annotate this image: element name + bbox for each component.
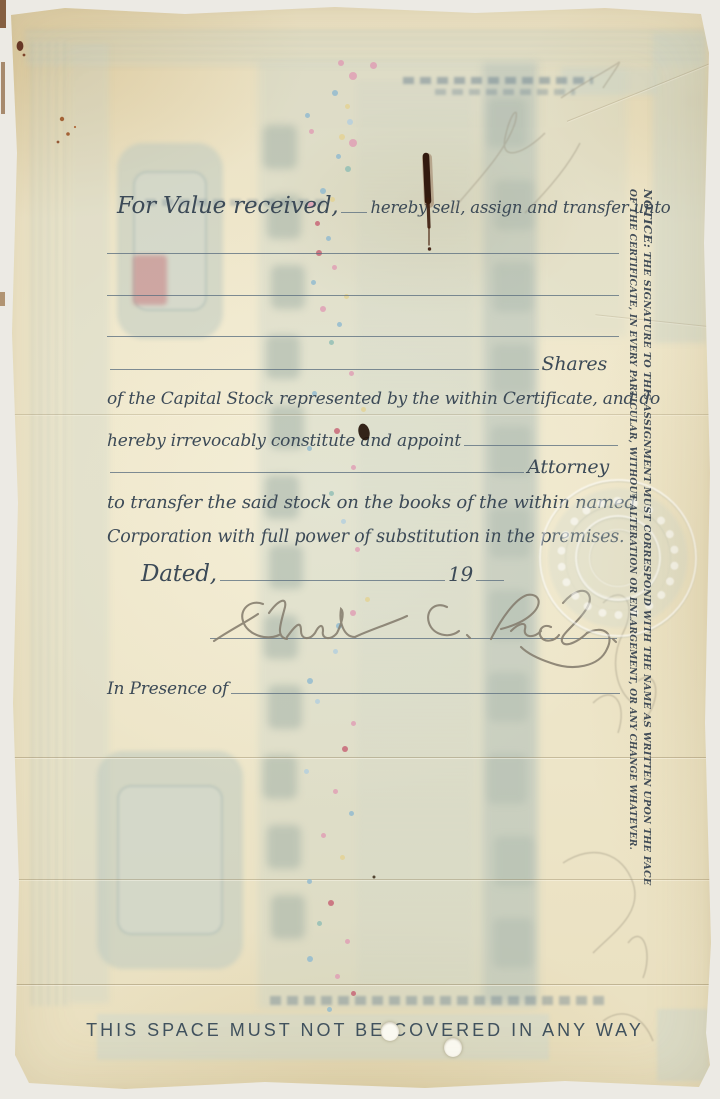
dated-label: Dated, [141,561,217,587]
confetti-dot [337,322,342,327]
confetti-dot [326,236,331,241]
showthrough-serial-number [133,255,167,305]
scan-edge-fragment [0,292,5,306]
confetti-dot [321,833,326,838]
showthrough-letter-blob [271,895,305,939]
scanned-certificate-back: For Value received, hereby sell, assign … [0,0,720,1099]
fold-crease [5,757,715,759]
confetti-dot [349,811,354,816]
date-blank [220,580,445,581]
confetti-dot [333,789,338,794]
showthrough-text-row [270,996,605,1005]
assignee-blank-line [107,253,619,254]
showthrough-medallion [97,751,243,969]
confetti-dot [317,921,322,926]
confetti-dot [304,769,309,774]
confetti-dot [332,265,337,270]
signature-line [210,638,617,639]
showthrough-medallion-inner [133,171,207,311]
notice-line1: NOTICE: THE SIGNATURE TO THIS ASSIGNMENT… [641,189,655,749]
confetti-dot [350,610,356,616]
confetti-dot [336,623,342,629]
confetti-dot [320,306,326,312]
witness-blank [231,693,620,694]
witness-label: In Presence of [107,679,228,699]
fold-crease [5,414,715,416]
showthrough-letter-blob [263,125,297,169]
corner-crease [595,314,720,330]
opening-continuation: hereby sell, assign and transfer unto [370,198,670,217]
confetti-dot [332,90,338,96]
shares-line: Shares [107,353,607,375]
punch-hole [444,1038,462,1057]
notice-line2: OF THE CERTIFICATE, IN EVERY PARTICULAR,… [627,189,637,749]
confetti-dot [349,72,357,80]
confetti-dot [341,519,346,524]
year-prefix: 19 [448,562,473,586]
shares-blank [110,369,539,370]
dated-line: Dated, 19 [141,561,507,587]
attorney-label: Attorney [527,456,609,478]
showthrough-text-row [403,77,593,84]
confetti-dot [340,855,345,860]
attorney-name-blank [464,445,618,446]
year-blank [476,580,504,581]
confetti-dot [315,699,320,704]
marks-layer [5,3,715,1095]
transfer-line: to transfer the said stock on the books … [107,492,636,513]
attorney-blank [110,472,524,473]
attorney-line: Attorney [107,456,609,478]
capital-stock-line: of the Capital Stock represented by the … [107,389,660,409]
scan-edge-fragment [1,62,5,114]
confetti-dot [307,879,312,884]
showthrough-letter-blob [263,755,297,799]
fold-crease [5,984,715,986]
showthrough-letter-blob [493,262,533,312]
showthrough-left-border [31,41,69,1006]
showthrough-corner-band [653,33,707,343]
showthrough-medallion-inner [117,785,223,935]
confetti-dot [349,139,357,147]
confetti-dot [335,974,340,979]
opening-phrase: For Value received, [117,193,338,219]
shares-label: Shares [542,353,607,375]
confetti-dot [305,113,310,118]
showthrough-top-border [25,30,705,66]
confetti-dot [345,166,351,172]
substitution-line: Corporation with full power of substitut… [107,527,624,547]
showthrough-letter-blob [493,918,533,968]
confetti-dot [315,221,320,226]
confetti-dot [336,154,341,159]
showthrough-text-row [435,89,575,95]
confetti-dot [338,60,344,66]
confetti-dot [328,900,334,906]
assignee-blank-line [107,295,619,296]
showthrough-medallion [117,143,223,339]
footer-warning-text: THIS SPACE MUST NOT BE COVERED IN ANY WA… [85,1020,645,1041]
confetti-dot [345,939,350,944]
appoint-text: hereby irrevocably constitute and appoin… [107,431,461,451]
confetti-dot [365,597,370,602]
assignee-blank-line [107,336,619,337]
showthrough-letter-blob [494,836,534,886]
confetti-dot [327,1007,332,1012]
confetti-dot [347,119,353,125]
confetti-dot [370,62,377,69]
confetti-dot [355,547,360,552]
confetti-dot [309,129,314,134]
confetti-dot [342,746,348,752]
confetti-dot [345,104,350,109]
fold-crease [5,879,715,881]
showthrough-letter-blob [267,825,301,869]
witness-line: In Presence of [107,679,623,699]
appoint-line: hereby irrevocably constitute and appoin… [107,431,621,451]
confetti-dot [311,280,316,285]
showthrough-letter-blob [264,615,298,659]
showthrough-letter-blob [487,754,527,804]
confetti-dot [329,340,334,345]
opening-line: For Value received, hereby sell, assign … [117,193,671,219]
showthrough-corner-band [561,67,657,95]
signature-notice: NOTICE: THE SIGNATURE TO THIS ASSIGNMENT… [627,189,655,749]
showthrough-letter-blob [271,265,305,309]
certificate-back-paper: For Value received, hereby sell, assign … [5,3,715,1095]
paper-vignette [5,3,715,1095]
punch-hole [381,1022,399,1041]
confetti-dot [333,649,338,654]
footer-showthrough-band [657,1009,709,1081]
confetti-dot [351,991,356,996]
corner-crease [567,57,720,123]
scan-edge-fragment [0,0,6,28]
showthrough-left-border [69,43,109,1003]
holder-blank [341,212,367,213]
confetti-dot [307,956,313,962]
showthrough-letter-blob [489,590,529,640]
confetti-dot [339,134,345,140]
confetti-dot [351,721,356,726]
showthrough-letter-blob [487,98,527,148]
